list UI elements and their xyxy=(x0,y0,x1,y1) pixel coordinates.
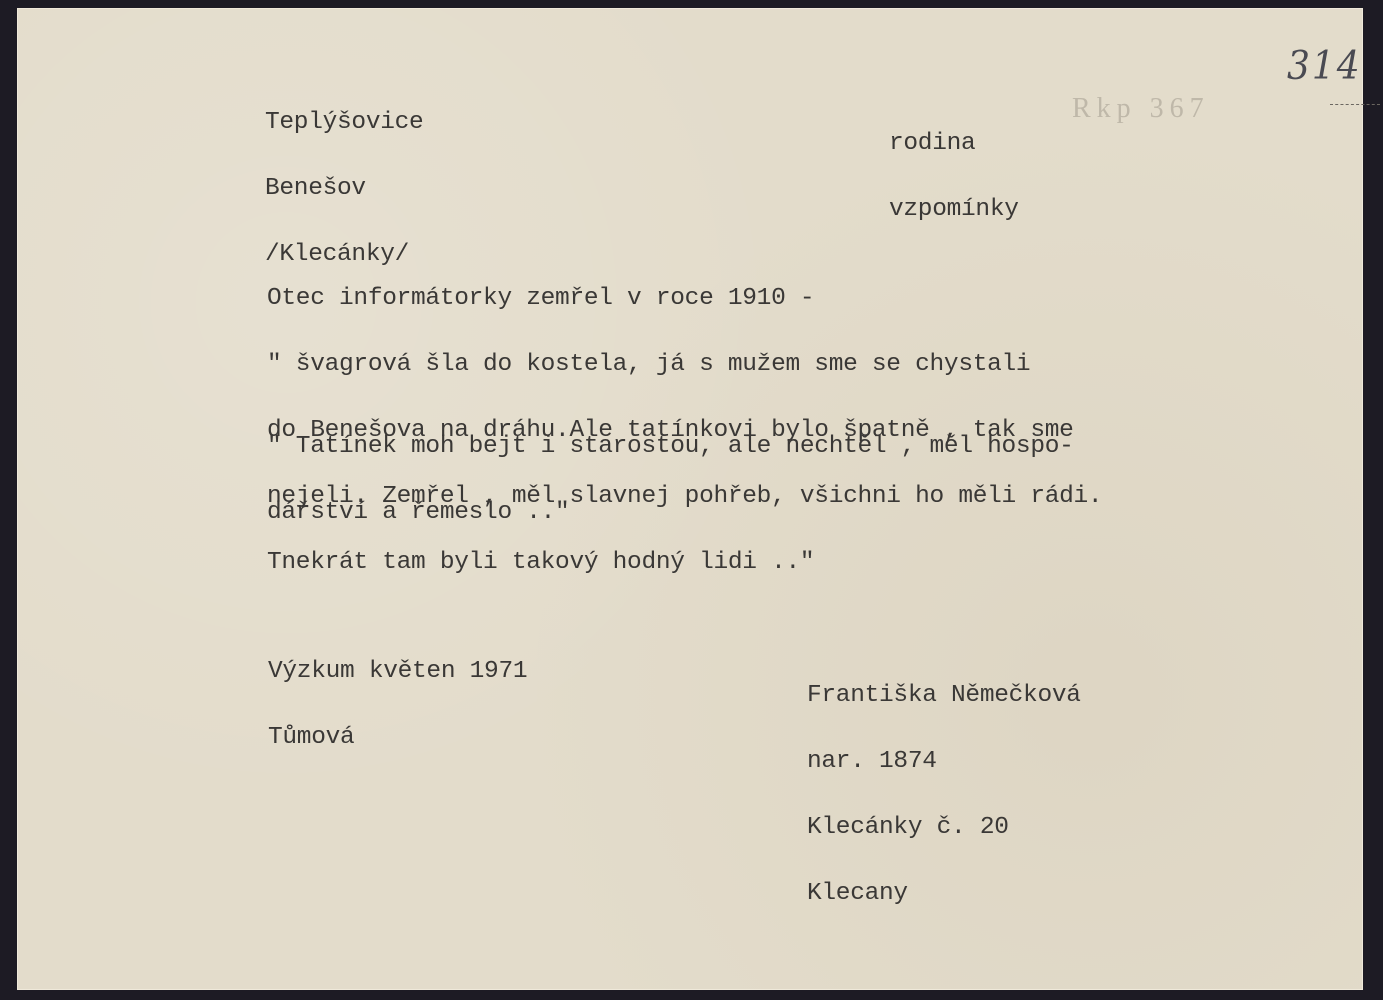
research-line: Tůmová xyxy=(268,727,527,749)
location-line: Teplýšovice xyxy=(265,112,423,134)
pencil-dash xyxy=(1330,104,1380,105)
topic-line: rodina xyxy=(889,133,1019,155)
topic-line: vzpomínky xyxy=(889,199,1019,221)
research-line: Výzkum květen 1971 xyxy=(268,661,527,683)
informant-line: nar. 1874 xyxy=(807,751,1081,773)
topic-block: rodina vzpomínky xyxy=(889,89,1019,243)
body-line: " švagrová šla do kostela, já s mužem sm… xyxy=(267,354,1102,376)
body-line: dářství a řemeslo .." xyxy=(267,502,1074,524)
location-line: Benešov xyxy=(265,178,423,200)
informant-line: Klecánky č. 20 xyxy=(807,817,1081,839)
body-line: Tnekrát tam byli takový hodný lidi .." xyxy=(267,552,1102,574)
page-number: 314 xyxy=(1287,44,1362,89)
informant-block: Františka Němečková nar. 1874 Klecánky č… xyxy=(807,641,1081,927)
informant-line: Františka Němečková xyxy=(807,685,1081,707)
body-line: Otec informátorky zemřel v roce 1910 - xyxy=(267,288,1102,310)
body-paragraph-2: " Tatínek moh bejt i starostou, ale nech… xyxy=(267,392,1074,546)
research-block: Výzkum květen 1971 Tůmová xyxy=(268,617,527,771)
body-line: " Tatínek moh bejt i starostou, ale nech… xyxy=(267,436,1074,458)
archive-stamp: Rkp 367 xyxy=(1072,93,1210,125)
informant-line: Klecany xyxy=(807,883,1081,905)
